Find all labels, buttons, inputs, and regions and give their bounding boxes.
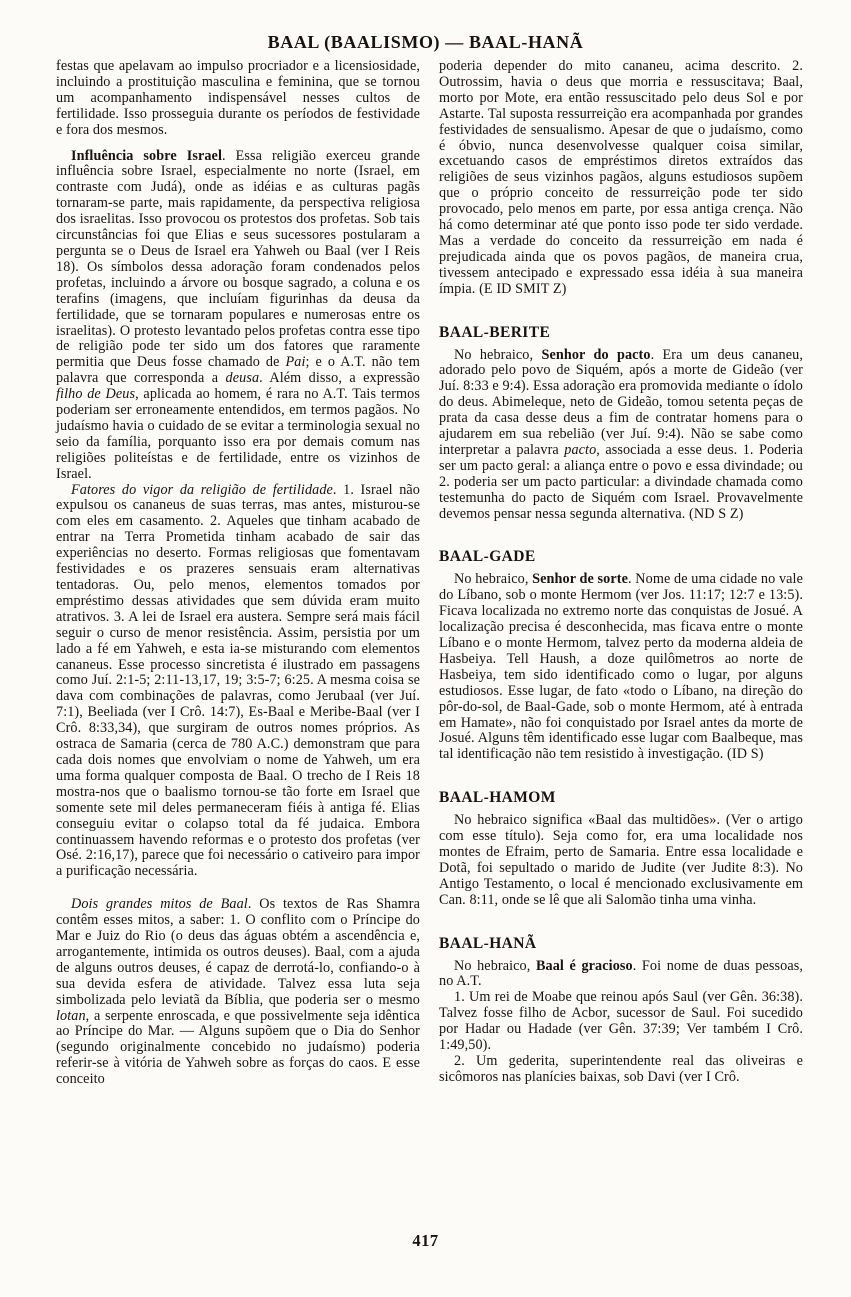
paragraph: No hebraico, Senhor do pacto. Era um deu… (439, 348, 803, 523)
book-page: BAAL (BAALISMO) — BAAL-HANÃ festas que a… (0, 0, 851, 1297)
text-segment: 1. Um rei de Moabe que reinou após Saul … (439, 989, 803, 1053)
paragraph: Fatores do vigor da religião de fertilid… (56, 483, 420, 881)
text-segment: . Essa religião exerceu grande influênci… (56, 148, 420, 371)
text-segment: No hebraico, (454, 958, 536, 974)
text-segment: 2. Um gederita, superintendente real das… (439, 1053, 803, 1085)
text-segment: . Os textos de Ras Shamra contêm esses m… (56, 896, 420, 1007)
text-segment: festas que apelavam ao impulso procriado… (56, 58, 420, 138)
text-segment: . Além disso, a expressão (259, 370, 420, 386)
text-segment: Pai (285, 354, 305, 370)
text-segment: . 1. Israel não expulsou os cananeus de … (56, 482, 420, 880)
paragraph: 2. Um gederita, superintendente real das… (439, 1054, 803, 1086)
entry-heading: BAAL-BERITE (439, 325, 803, 341)
paragraph: festas que apelavam ao impulso procriado… (56, 59, 420, 139)
text-segment: Influência sobre Israel (71, 148, 222, 164)
paragraph: Influência sobre Israel. Essa religião e… (56, 149, 420, 483)
right-column: poderia depender do mito cananeu, acima … (439, 59, 803, 1086)
text-segment: lotan (56, 1008, 86, 1024)
entry-heading: BAAL-HAMOM (439, 790, 803, 806)
text-segment: No hebraico, (454, 571, 532, 587)
paragraph: No hebraico, Baal é gracioso. Foi nome d… (439, 959, 803, 991)
text-segment: Dois grandes mitos de Baal (71, 896, 248, 912)
text-segment: . Nome de uma cidade no vale do Líbano, … (439, 571, 803, 762)
paragraph: No hebraico, Senhor de sorte. Nome de um… (439, 572, 803, 763)
entry-heading: BAAL-GADE (439, 549, 803, 565)
paragraph: No hebraico significa «Baal das multidõe… (439, 813, 803, 908)
page-number: 417 (0, 1231, 851, 1251)
paragraph: 1. Um rei de Moabe que reinou após Saul … (439, 990, 803, 1054)
text-segment: No hebraico, (454, 347, 541, 363)
text-segment: No hebraico significa «Baal das multidõe… (439, 812, 803, 908)
text-segment: Senhor de sorte (532, 571, 628, 587)
two-column-layout: festas que apelavam ao impulso procriado… (56, 59, 803, 1088)
paragraph: poderia depender do mito cananeu, acima … (439, 59, 803, 298)
entry-heading: BAAL-HANÃ (439, 936, 803, 952)
paragraph: Dois grandes mitos de Baal. Os textos de… (56, 897, 420, 1088)
text-segment: poderia depender do mito cananeu, acima … (439, 58, 803, 297)
left-column: festas que apelavam ao impulso procriado… (56, 59, 420, 1088)
text-segment: filho de Deus (56, 386, 135, 402)
running-head: BAAL (BAALISMO) — BAAL-HANÃ (0, 32, 851, 53)
text-segment: , a serpente enroscada, e que possivelme… (56, 1008, 420, 1088)
text-segment: deusa (226, 370, 260, 386)
text-segment: pacto (564, 442, 596, 458)
text-segment: Baal é gracioso (536, 958, 633, 974)
text-segment: Senhor do pacto (541, 347, 650, 363)
text-segment: Fatores do vigor da religião de fertilid… (71, 482, 333, 498)
